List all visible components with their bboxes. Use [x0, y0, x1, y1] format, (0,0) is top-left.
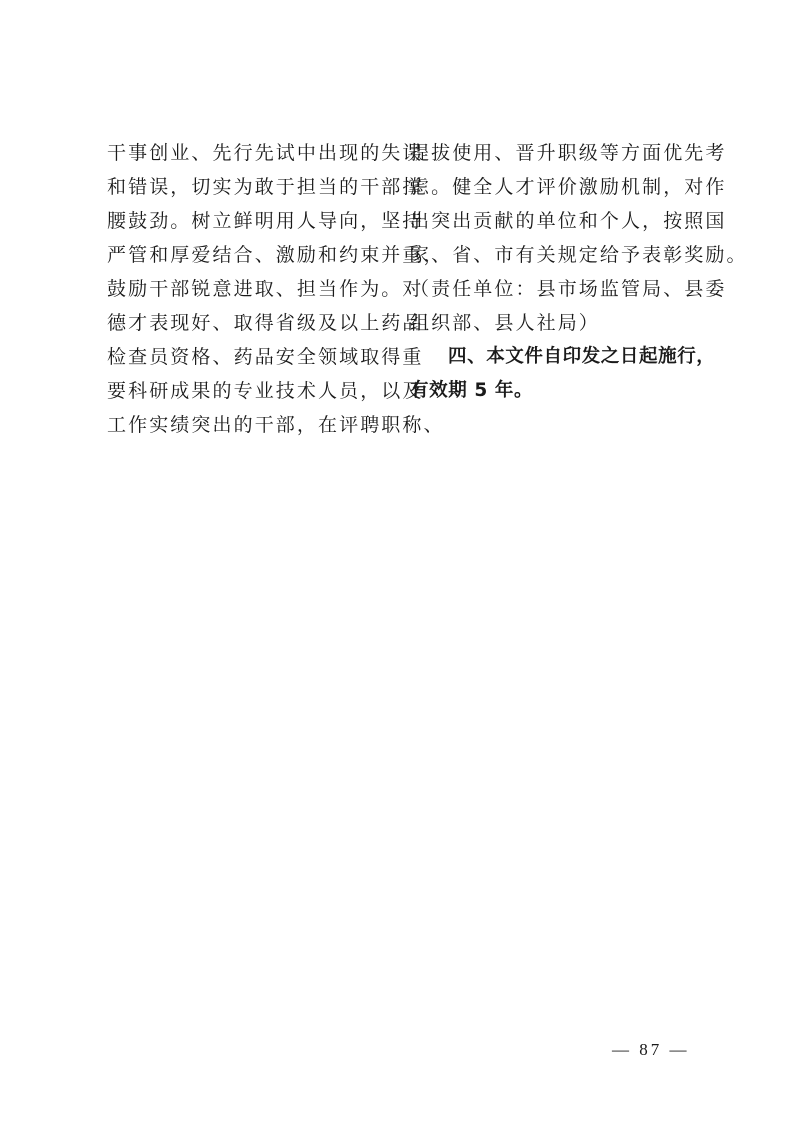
text-line: 干事创业、先行先试中出现的失误: [107, 136, 397, 170]
text-line: 工作实绩突出的干部，在评聘职称、: [107, 408, 397, 442]
text-line: 鼓励干部锐意进取、担当作为。对: [107, 272, 397, 306]
section-four-validity: 有效期 5 年。: [410, 374, 700, 408]
text-line: 德才表现好、取得省级及以上药品: [107, 306, 397, 340]
text-line: 家、省、市有关规定给予表彰奖励。: [410, 238, 700, 272]
page-number: — 87 —: [612, 1040, 690, 1060]
section-four-heading: 四、本文件自印发之日起施行，: [410, 340, 700, 374]
responsible-units-line: （责任单位：县市场监管局、县委: [410, 272, 700, 306]
responsible-units-line: 组织部、县人社局）: [410, 306, 700, 340]
text-line: 提拔使用、晋升职级等方面优先考: [410, 136, 700, 170]
text-line: 出突出贡献的单位和个人，按照国: [410, 204, 700, 238]
text-line: 腰鼓劲。树立鲜明用人导向，坚持: [107, 204, 397, 238]
text-line: 要科研成果的专业技术人员，以及: [107, 374, 397, 408]
text-line: 和错误，切实为敢于担当的干部撑: [107, 170, 397, 204]
right-text-column: 提拔使用、晋升职级等方面优先考 虑。健全人才评价激励机制，对作 出突出贡献的单位…: [410, 136, 700, 408]
text-line: 虑。健全人才评价激励机制，对作: [410, 170, 700, 204]
document-page: 干事创业、先行先试中出现的失误 和错误，切实为敢于担当的干部撑 腰鼓劲。树立鲜明…: [0, 0, 793, 1122]
text-line: 检查员资格、药品安全领域取得重: [107, 340, 397, 374]
left-text-column: 干事创业、先行先试中出现的失误 和错误，切实为敢于担当的干部撑 腰鼓劲。树立鲜明…: [107, 136, 397, 442]
text-line: 严管和厚爱结合、激励和约束并重，: [107, 238, 397, 272]
